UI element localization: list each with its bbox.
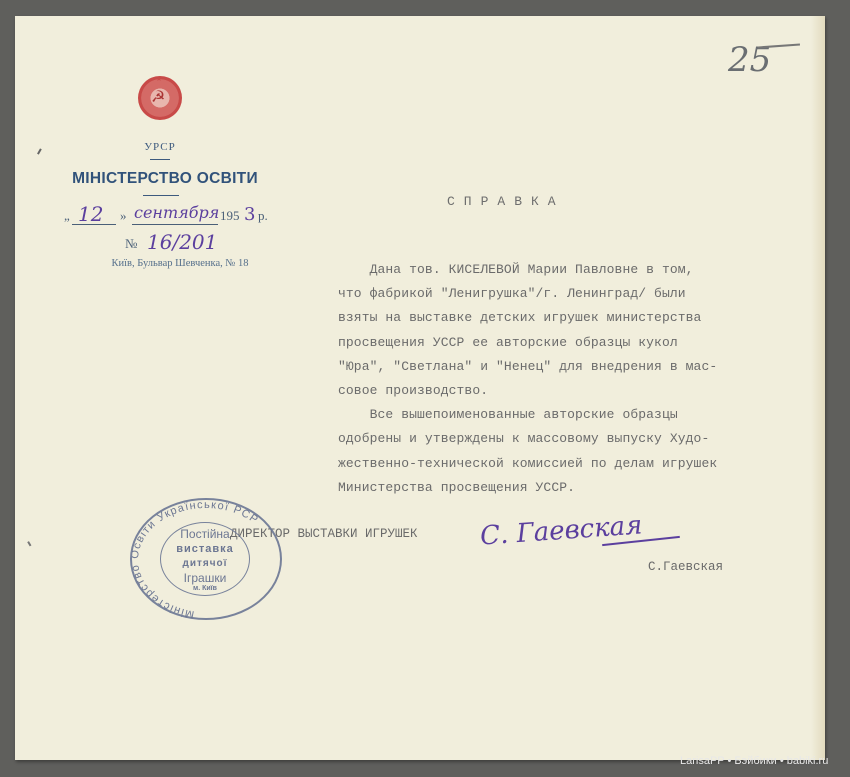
date-close-quote: » bbox=[120, 208, 127, 224]
stamp-line: виставка bbox=[161, 543, 249, 555]
body-line: взяты на выставке детских игрушек минист… bbox=[338, 306, 798, 330]
ussr-coat-of-arms-icon: ★ ☭ bbox=[138, 76, 182, 120]
letterhead-republic: УРСР bbox=[120, 141, 200, 153]
date-month-handwritten: сентября bbox=[134, 203, 219, 222]
stamp-inner-circle: Постійна виставка дитячої Іграшки м. Киї… bbox=[160, 522, 250, 596]
official-stamp: Міністерство Освіти Української РСР Пост… bbox=[130, 498, 282, 620]
body-line: одобрены и утверждены к массовому выпуск… bbox=[338, 427, 798, 451]
body-line: совое производство. bbox=[338, 379, 798, 403]
date-year-prefix: 195 bbox=[220, 208, 240, 224]
letterhead-divider bbox=[143, 195, 179, 196]
date-day-handwritten: 12 bbox=[78, 202, 103, 226]
document-title: СПРАВКА bbox=[447, 194, 565, 209]
stamp-line: Постійна bbox=[161, 527, 249, 541]
date-open-quote: „ bbox=[64, 208, 70, 224]
stamp-line: Іграшки bbox=[161, 571, 249, 585]
date-year-suffix: р. bbox=[258, 208, 268, 224]
date-year-digit-handwritten: 3 bbox=[244, 204, 255, 225]
watermark-credit: LarisaPP • Бэйбики • babiki.ru bbox=[680, 755, 828, 767]
hammer-sickle-icon: ☭ bbox=[151, 87, 165, 106]
letterhead-date-line: „ 12 » сентября 195 3 р. bbox=[64, 206, 284, 228]
body-line: просвещения УССР ее авторские образцы ку… bbox=[338, 331, 798, 355]
body-line: жественно-технической комиссией по делам… bbox=[338, 452, 798, 476]
letterhead-divider bbox=[150, 159, 170, 160]
number-handwritten: 16/201 bbox=[147, 230, 217, 254]
number-label: № bbox=[125, 236, 137, 251]
letterhead-number-line: № 16/201 bbox=[125, 236, 137, 252]
stamp-line: м. Київ bbox=[161, 585, 249, 592]
body-line: Дана тов. КИСЕЛЕВОЙ Марии Павловне в том… bbox=[338, 258, 798, 282]
body-line: Министерства просвещения УССР. bbox=[338, 476, 798, 500]
star-icon: ★ bbox=[156, 73, 162, 85]
signatory-name: С.Гаевская bbox=[648, 560, 723, 574]
document-body: Дана тов. КИСЕЛЕВОЙ Марии Павловне в том… bbox=[338, 258, 798, 500]
letterhead-ministry: МІНІСТЕРСТВО ОСВІТИ bbox=[60, 170, 270, 188]
body-line: что фабрикой "Ленигрушка"/г. Ленинград/ … bbox=[338, 282, 798, 306]
stamp-line: дитячої bbox=[161, 558, 249, 569]
date-month-underline bbox=[132, 224, 218, 225]
letterhead-address: Київ, Бульвар Шевченка, № 18 bbox=[70, 258, 290, 269]
body-line: Все вышепоименованные авторские образцы bbox=[338, 403, 798, 427]
body-line: "Юра", "Светлана" и "Ненец" для внедрени… bbox=[338, 355, 798, 379]
